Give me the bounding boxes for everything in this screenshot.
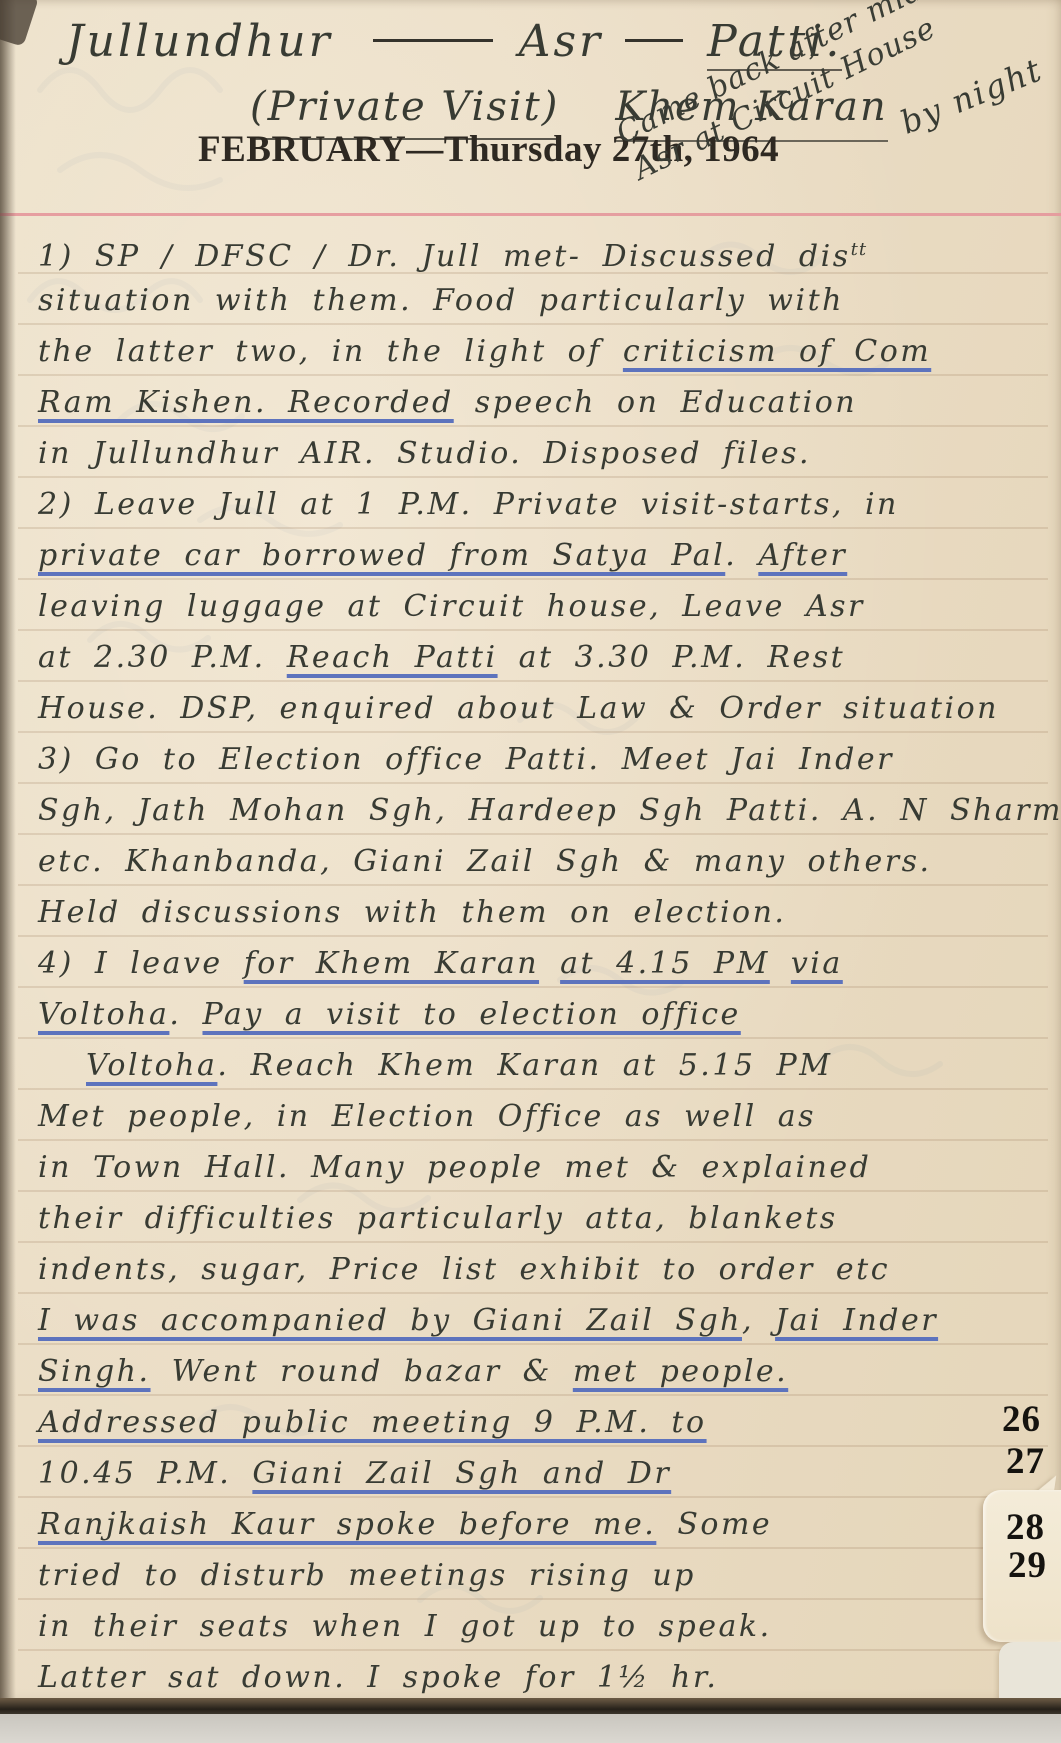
entry-segment: Reach Patti — [287, 640, 498, 675]
entry-segment: etc. Khanbanda, Giani Zail Sgh & many ot… — [38, 844, 932, 879]
entry-segment: tried to disturb meetings rising up — [38, 1558, 696, 1593]
entry-line: private car borrowed from Satya Pal. Aft… — [38, 530, 1048, 581]
entry-line: in their seats when I got up to speak. — [38, 1601, 1048, 1652]
entry-segment: Singh. — [38, 1354, 151, 1389]
entry-segment: . — [169, 997, 202, 1032]
entry-segment: at 4.15 PM — [560, 946, 770, 981]
entry-segment: in Town Hall. Many people met & explaine… — [38, 1150, 871, 1185]
entry-line: Addressed public meeting 9 P.M. to — [38, 1397, 1048, 1448]
entry-segment: situation with them. Food particularly w… — [38, 283, 844, 318]
entry-line: the latter two, in the light of criticis… — [38, 326, 1048, 377]
entry-line: tried to disturb meetings rising up — [38, 1550, 1048, 1601]
entry-line: etc. Khanbanda, Giani Zail Sgh & many ot… — [38, 836, 1048, 887]
entry-segment: . — [725, 538, 758, 573]
entry-line: Singh. Went round bazar & met people. — [38, 1346, 1048, 1397]
entry-segment: the latter two, in the light of — [38, 334, 623, 369]
entry-segment: , — [742, 1303, 775, 1338]
entry-segment: met people. — [573, 1354, 788, 1389]
entry-line: 2) Leave Jull at 1 P.M. Private visit-st… — [38, 479, 1048, 530]
pink-header-rule — [0, 213, 1061, 216]
entry-segment: 4) I leave — [38, 946, 244, 981]
entry-line: situation with them. Food particularly w… — [38, 275, 1048, 326]
entry-segment: leaving luggage at Circuit house, Leave … — [38, 589, 865, 624]
route-dash-icon — [373, 39, 493, 42]
entry-segment: tt — [851, 239, 867, 260]
entry-segment: Pay a visit to election office — [202, 997, 740, 1032]
day-tab-29: 29 — [1008, 1544, 1047, 1587]
entry-line: at 2.30 P.M. Reach Patti at 3.30 P.M. Re… — [38, 632, 1048, 683]
entry-segment: at 3.30 P.M. Rest — [498, 640, 846, 675]
entry-line: Ranjkaish Kaur spoke before me. Some — [38, 1499, 1048, 1550]
entry-segment: speech on Education — [454, 385, 857, 420]
entry-line: in Jullundhur AIR. Studio. Disposed file… — [38, 428, 1048, 479]
entry-segment: Jai Inder — [775, 1303, 938, 1338]
entry-line: 4) I leave for Khem Karan at 4.15 PM via — [38, 938, 1048, 989]
entry-segment: in their seats when I got up to speak. — [38, 1609, 772, 1644]
entry-line: Held discussions with them on election. — [38, 887, 1048, 938]
day-tab-28: 28 — [1006, 1506, 1045, 1549]
entry-segment: . Reach Khem Karan at 5.15 PM — [217, 1048, 832, 1083]
entry-segment: Addressed public meeting 9 P.M. to — [38, 1405, 707, 1440]
entry-segment: 10.45 P.M. — [38, 1456, 252, 1491]
entry-line: their difficulties particularly atta, bl… — [38, 1193, 1048, 1244]
entry-lines: 1) SP / DFSC / Dr. Jull met- Discussed d… — [38, 224, 1048, 1703]
entry-line: Voltoha. Reach Khem Karan at 5.15 PM — [38, 1040, 1048, 1091]
tab-stub — [999, 1642, 1061, 1704]
entry-line: 3) Go to Election office Patti. Meet Jai… — [38, 734, 1048, 785]
entry-segment: for Khem Karan — [244, 946, 539, 981]
entry-line: I was accompanied by Giani Zail Sgh, Jai… — [38, 1295, 1048, 1346]
route-via: Asr — [519, 16, 603, 67]
entry-segment: Voltoha — [38, 997, 169, 1032]
entry-segment: 2) Leave Jull at 1 P.M. Private visit-st… — [38, 487, 899, 522]
entry-segment: indents, sugar, Price list exhibit to or… — [38, 1252, 890, 1287]
entry-segment: Sgh, Jath Mohan Sgh, Hardeep Sgh Patti. … — [38, 793, 1061, 828]
day-tab-26: 26 — [1002, 1398, 1041, 1441]
entry-segment: Ranjkaish Kaur spoke before me. — [38, 1507, 656, 1542]
entry-line: 1) SP / DFSC / Dr. Jull met- Discussed d… — [38, 224, 1048, 275]
entry-segment: Went round bazar & — [151, 1354, 573, 1389]
scanned-diary-photo: { "page": { "route_header": { "left": "J… — [0, 0, 1061, 1743]
entry-segment: Latter sat down. I spoke for 1½ hr. — [38, 1660, 718, 1695]
entry-line: Sgh, Jath Mohan Sgh, Hardeep Sgh Patti. … — [38, 785, 1048, 836]
entry-segment: After — [758, 538, 847, 573]
entry-segment: via — [791, 946, 843, 981]
entry-line: Ram Kishen. Recorded speech on Education — [38, 377, 1048, 428]
entry-segment: I was accompanied by Giani Zail Sgh — [38, 1303, 742, 1338]
route-dash-icon — [625, 39, 683, 42]
entry-line: in Town Hall. Many people met & explaine… — [38, 1142, 1048, 1193]
entry-segment: House. DSP, enquired about Law & Order s… — [38, 691, 999, 726]
entry-segment: private car borrowed from Satya Pal — [38, 538, 725, 573]
background-below-page — [0, 1714, 1061, 1743]
binding-edge-shadow — [0, 0, 16, 1710]
corner-ink-blot — [0, 0, 39, 47]
route-from: Jullundhur — [66, 16, 333, 67]
entry-line: House. DSP, enquired about Law & Order s… — [38, 683, 1048, 734]
entry-segment — [770, 946, 791, 981]
entry-segment: in Jullundhur AIR. Studio. Disposed file… — [38, 436, 811, 471]
entry-segment — [539, 946, 560, 981]
page-bottom-edge — [0, 1698, 1061, 1714]
entry-segment: Giani Zail Sgh and Dr — [252, 1456, 671, 1491]
entry-segment: 1) SP / DFSC / Dr. Jull met- Discussed d… — [38, 239, 851, 274]
entry-segment: Held discussions with them on election. — [38, 895, 786, 930]
entry-segment: Some — [656, 1507, 772, 1542]
entry-segment: criticism of Com — [623, 334, 931, 369]
entry-line: Met people, in Election Office as well a… — [38, 1091, 1048, 1142]
entry-line: leaving luggage at Circuit house, Leave … — [38, 581, 1048, 632]
entry-line: indents, sugar, Price list exhibit to or… — [38, 1244, 1048, 1295]
entry-segment: at 2.30 P.M. — [38, 640, 287, 675]
diary-page: JullundhurAsrPatti. (Private Visit)Khem … — [0, 0, 1061, 1710]
entry-line: Voltoha. Pay a visit to election office — [38, 989, 1048, 1040]
entry-segment: 3) Go to Election office Patti. Meet Jai… — [38, 742, 894, 777]
entry-segment: Met people, in Election Office as well a… — [38, 1099, 816, 1134]
entry-segment: their difficulties particularly atta, bl… — [38, 1201, 838, 1236]
entry-line: 10.45 P.M. Giani Zail Sgh and Dr — [38, 1448, 1048, 1499]
entry-line: Latter sat down. I spoke for 1½ hr. — [38, 1652, 1048, 1703]
entry-segment: Voltoha — [86, 1048, 217, 1083]
entry-segment: Ram Kishen. Recorded — [38, 385, 454, 420]
